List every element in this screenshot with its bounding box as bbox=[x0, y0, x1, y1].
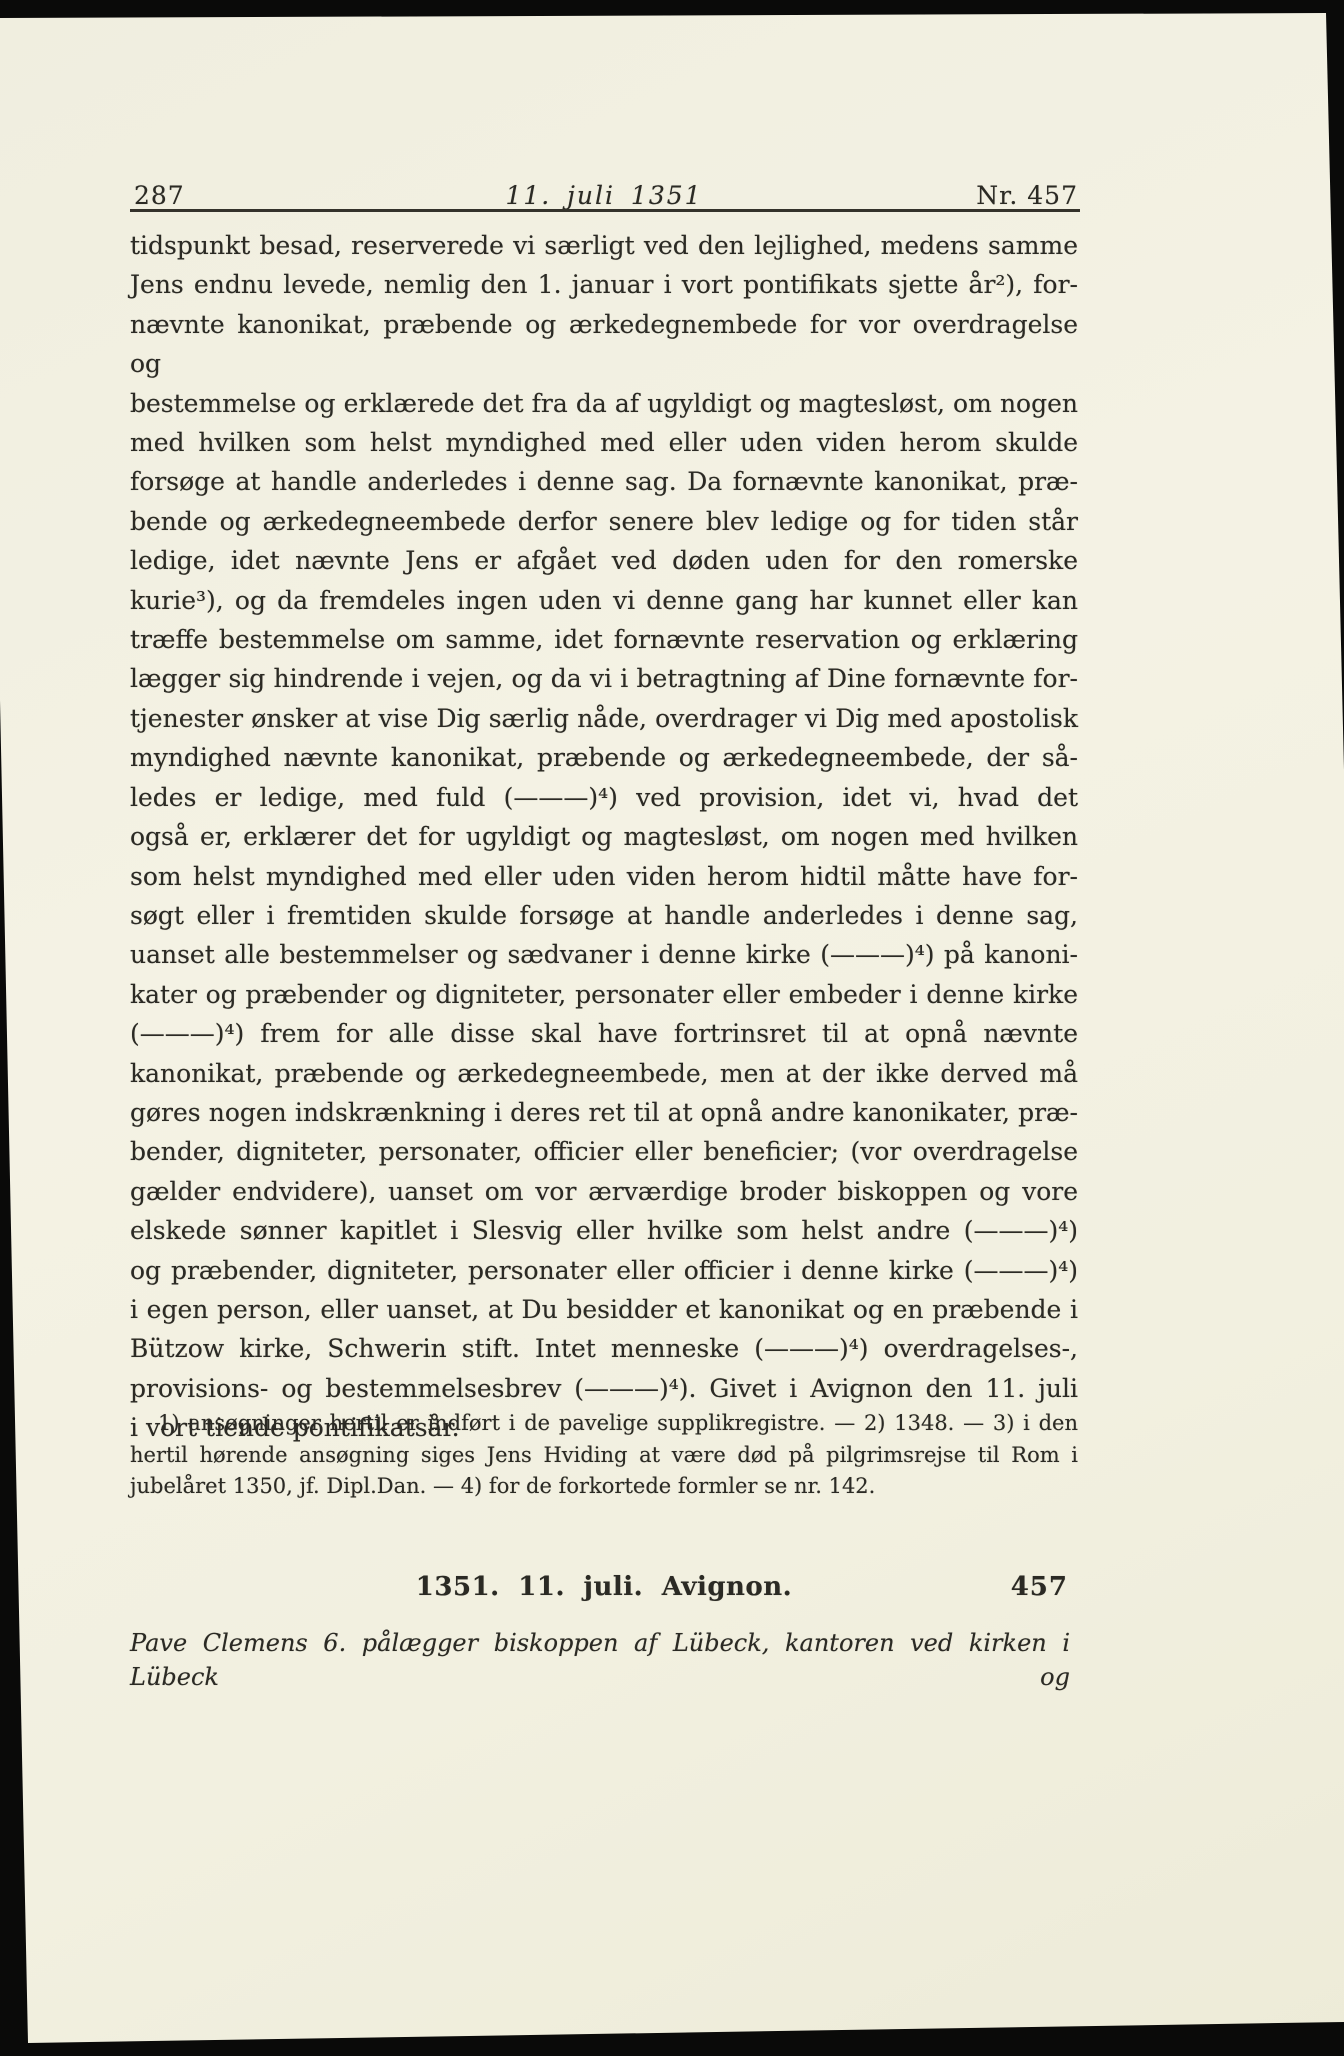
body-line: elskede sønner kapitlet i Slesvig eller … bbox=[130, 1211, 1078, 1250]
body-line: som helst myndighed med eller uden viden… bbox=[130, 857, 1078, 896]
body-line: uanset alle bestemmelser og sædvaner i d… bbox=[130, 935, 1078, 974]
body-line: gælder endvidere), uanset om vor ærværdi… bbox=[130, 1172, 1078, 1211]
footnote-line: jubelåret 1350, jf. Dipl.Dan. — 4) for d… bbox=[130, 1471, 1078, 1503]
footnotes: 1) ansøgninger hertil er indført i de pa… bbox=[130, 1408, 1078, 1503]
header-document-number: Nr. 457 bbox=[976, 181, 1078, 211]
paper-sheet: 287 11. juli 1351 Nr. 457 tidspunkt besa… bbox=[0, 0, 1344, 2056]
document-body: tidspunkt besad, reserverede vi særligt … bbox=[130, 226, 1078, 1448]
body-line: bestemmelse og erklærede det fra da af u… bbox=[130, 384, 1078, 423]
body-line: Jens endnu levede, nemlig den 1. januar … bbox=[130, 265, 1078, 304]
header-date: 11. juli 1351 bbox=[130, 181, 1078, 211]
footnote-line: hertil hørende ansøgning siges Jens Hvid… bbox=[130, 1440, 1078, 1472]
entry-summary: Pave Clemens 6. pålægger biskoppen af Lü… bbox=[130, 1626, 1070, 1694]
body-line: søgt eller i fremtiden skulde forsøge at… bbox=[130, 896, 1078, 935]
body-line: kater og præbender og digniteter, person… bbox=[130, 975, 1078, 1014]
body-line: med hvilken som helst myndighed med elle… bbox=[130, 423, 1078, 462]
body-line: tidspunkt besad, reserverede vi særligt … bbox=[130, 226, 1078, 265]
footnote-line: 1) ansøgninger hertil er indført i de pa… bbox=[130, 1408, 1078, 1440]
body-line: provisions- og bestemmelsesbrev (———)⁴).… bbox=[130, 1369, 1078, 1408]
body-line: ledige, idet nævnte Jens er afgået ved d… bbox=[130, 541, 1078, 580]
body-line: kanonikat, præbende og ærkedegneembede, … bbox=[130, 1054, 1078, 1093]
body-line: forsøge at handle anderledes i denne sag… bbox=[130, 462, 1078, 501]
header-rule bbox=[130, 209, 1080, 212]
body-line: gøres nogen indskrænkning i deres ret ti… bbox=[130, 1093, 1078, 1132]
entry-heading-date: 1351. 11. juli. Avignon. bbox=[130, 1571, 1078, 1603]
body-line: bende og ærkedegneembede derfor senere b… bbox=[130, 502, 1078, 541]
body-line: (———)⁴) frem for alle disse skal have fo… bbox=[130, 1014, 1078, 1053]
body-line: ledes er ledige, med fuld (———)⁴) ved pr… bbox=[130, 778, 1078, 817]
body-line: nævnte kanonikat, præbende og ærkedegnem… bbox=[130, 305, 1078, 384]
entry-heading-number: 457 bbox=[1011, 1571, 1068, 1603]
body-line: lægger sig hindrende i vejen, og da vi i… bbox=[130, 659, 1078, 698]
scanned-book-page: { "doc": { "header": { "page_number": "2… bbox=[0, 0, 1344, 2056]
body-line: myndighed nævnte kanonikat, præbende og … bbox=[130, 738, 1078, 777]
body-line: også er, erklærer det for ugyldigt og ma… bbox=[130, 817, 1078, 856]
body-line: Bützow kirke, Schwerin stift. Intet menn… bbox=[130, 1329, 1078, 1368]
body-line: i egen person, eller uanset, at Du besid… bbox=[130, 1290, 1078, 1329]
body-line: og præbender, digniteter, personater ell… bbox=[130, 1251, 1078, 1290]
body-line: kurie³), og da fremdeles ingen uden vi d… bbox=[130, 581, 1078, 620]
body-line: bender, digniteter, personater, officier… bbox=[130, 1132, 1078, 1171]
body-line: træffe bestemmelse om samme, idet fornæv… bbox=[130, 620, 1078, 659]
body-line: tjenester ønsker at vise Dig særlig nåde… bbox=[130, 699, 1078, 738]
